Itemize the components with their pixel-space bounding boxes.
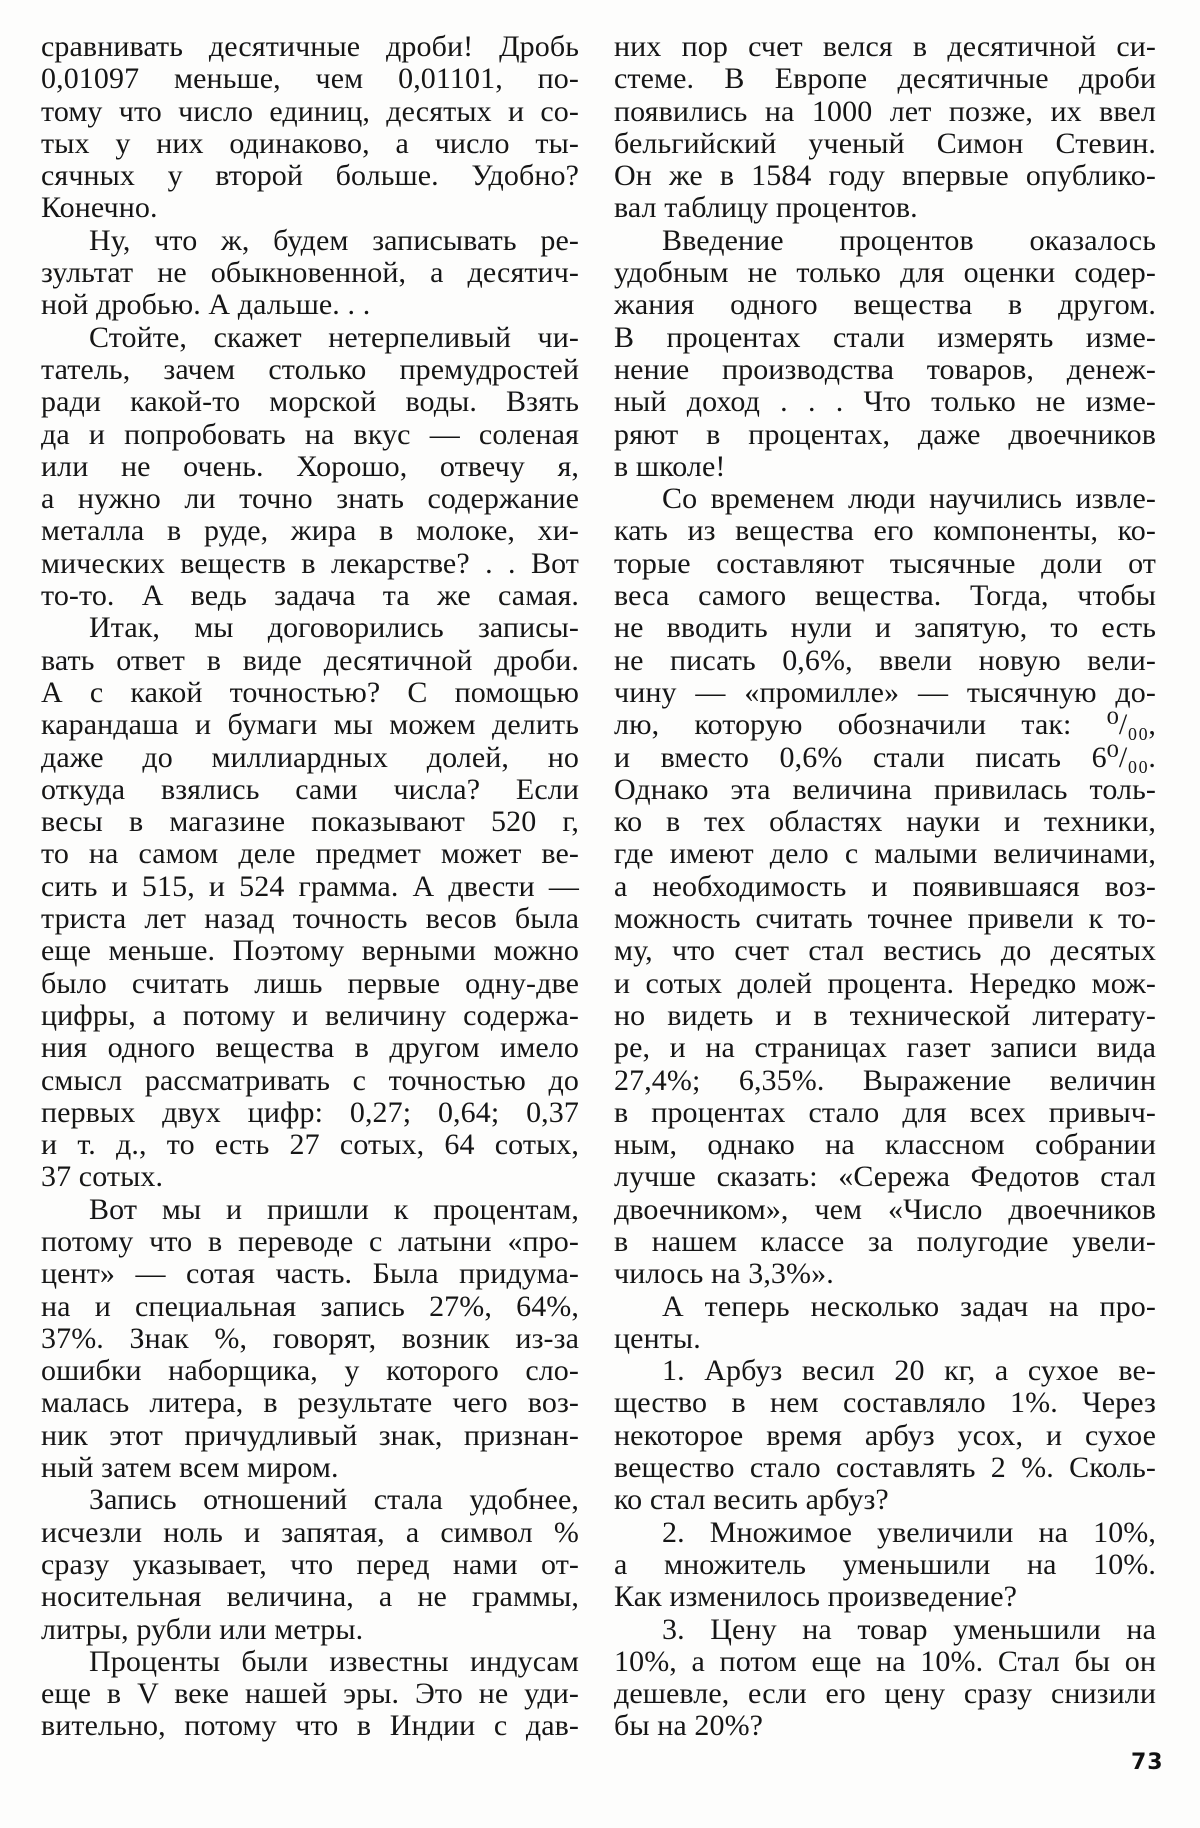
paragraph-first-line: Ну, что ж, будем записывать ре- — [41, 225, 579, 257]
text-line: сравнивать десятичные дроби! Дробь — [41, 31, 579, 63]
text-line: а множитель уменьшили на 10%. — [614, 1549, 1156, 1581]
text-line: Он же в 1584 году впервые опублико- — [614, 160, 1156, 192]
text-line: металла в руде, жира в молоке, хи- — [41, 515, 579, 547]
text-line: центы. — [614, 1323, 1156, 1355]
text-line: вещество стало составлять 2 %. Сколь- — [614, 1452, 1156, 1484]
text-line: вительно, потому что в Индии с дав- — [41, 1710, 579, 1742]
text-line: еще в V веке нашей эры. Это не уди- — [41, 1678, 579, 1710]
text-line: ко стал весить арбуз? — [614, 1484, 1156, 1516]
paragraph-first-line: Итак, мы договорились записы- — [41, 612, 579, 644]
text-line: тому что число единиц, десятых и со- — [41, 96, 579, 128]
paragraph-first-line: 2. Множимое увеличили на 10%, — [614, 1517, 1156, 1549]
text-line: ради какой-то морской воды. Взять — [41, 386, 579, 418]
text-line: а нужно ли точно знать содержание — [41, 483, 579, 515]
text-line: дешевле, если его цену сразу снизили — [614, 1678, 1156, 1710]
text-line: а необходимость и появившаяся воз- — [614, 871, 1156, 903]
text-line: малась литера, в результате чего воз- — [41, 1387, 579, 1419]
text-line: му, что счет стал вестись до десятых — [614, 935, 1156, 967]
text-line: ной дробью. А дальше. . . — [41, 289, 579, 321]
text-line: и сотых долей процента. Нередко мож- — [614, 968, 1156, 1000]
text-line: в нашем классе за полугодие увели- — [614, 1226, 1156, 1258]
text-line: карандаша и бумаги мы можем делить — [41, 709, 579, 741]
text-line: чину — «промилле» — тысячную до- — [614, 677, 1156, 709]
left-column: сравнивать десятичные дроби! Дробь0,0109… — [41, 31, 579, 1743]
paragraph-first-line: Введение процентов оказалось — [614, 225, 1156, 257]
text-line: бельгийский ученый Симон Стевин. — [614, 128, 1156, 160]
text-line: откуда взялись сами числа? Если — [41, 774, 579, 806]
text-line: 10%, а потом еще на 10%. Стал бы он — [614, 1646, 1156, 1678]
text-line: лучше сказать: «Сережа Федотов стал — [614, 1161, 1156, 1193]
text-line: стеме. В Европе десятичные дроби — [614, 63, 1156, 95]
text-line: мических веществ в лекарстве? . . Вот — [41, 548, 579, 580]
paragraph-first-line: Проценты были известны индусам — [41, 1646, 579, 1678]
text-line: смысл рассматривать с точностью до — [41, 1065, 579, 1097]
text-line: щество в нем составляло 1%. Через — [614, 1387, 1156, 1419]
text-line: можность считать точнее привели к то- — [614, 903, 1156, 935]
text-line: ряют в процентах, даже двоечников — [614, 419, 1156, 451]
text-line: литры, рубли или метры. — [41, 1614, 579, 1646]
text-line: В процентах стали измерять изме- — [614, 322, 1156, 354]
paragraph-first-line: А теперь несколько задач на про- — [614, 1291, 1156, 1323]
text-line: торые составляют тысячные доли от — [614, 548, 1156, 580]
page-number: 73 — [1131, 1750, 1164, 1775]
text-line: жания одного вещества в другом. — [614, 289, 1156, 321]
text-line: тых у них одинаково, а число ты- — [41, 128, 579, 160]
text-line: носительная величина, а не граммы, — [41, 1581, 579, 1613]
text-line: то-то. А ведь задача та же самая. — [41, 580, 579, 612]
text-line: в школе! — [614, 451, 1156, 483]
text-line: было считать лишь первые одну-две — [41, 968, 579, 1000]
text-line: Однако эта величина привилась толь- — [614, 774, 1156, 806]
text-line: цифры, а потому и величину содержа- — [41, 1000, 579, 1032]
text-line: или не очень. Хорошо, отвечу я, — [41, 451, 579, 483]
text-line: не вводить нули и запятую, то есть — [614, 612, 1156, 644]
paragraph-first-line: Со временем люди научились извле- — [614, 483, 1156, 515]
text-line: нение производства товаров, денеж- — [614, 354, 1156, 386]
text-line: ошибки наборщика, у которого сло- — [41, 1355, 579, 1387]
text-line: в процентах стало для всех привыч- — [614, 1097, 1156, 1129]
text-line: ко в тех областях науки и техники, — [614, 806, 1156, 838]
text-line: чилось на 3,3%». — [614, 1258, 1156, 1290]
text-line: некоторое время арбуз усох, и сухое — [614, 1420, 1156, 1452]
text-line: ник этот причудливый знак, признан- — [41, 1420, 579, 1452]
text-line: то на самом деле предмет может ве- — [41, 838, 579, 870]
text-line: двоечником», чем «Число двоечников — [614, 1194, 1156, 1226]
text-line: 37%. Знак %, говорят, возник из-за — [41, 1323, 579, 1355]
text-line: да и попробовать на вкус — соленая — [41, 419, 579, 451]
text-line: ный доход . . . Что только не изме- — [614, 386, 1156, 418]
paragraph-first-line: 1. Арбуз весил 20 кг, а сухое ве- — [614, 1355, 1156, 1387]
text-line: весы в магазине показывают 520 г, — [41, 806, 579, 838]
text-line: удобным не только для оценки содер- — [614, 257, 1156, 289]
book-page: сравнивать десятичные дроби! Дробь0,0109… — [0, 0, 1200, 1828]
text-line: бы на 20%? — [614, 1710, 1156, 1742]
text-line: 37 сотых. — [41, 1161, 579, 1193]
text-line: первых двух цифр: 0,27; 0,64; 0,37 — [41, 1097, 579, 1129]
text-line: 27,4%; 6,35%. Выражение величин — [614, 1065, 1156, 1097]
text-line: Как изменилось произведение? — [614, 1581, 1156, 1613]
right-column: них пор счет велся в десятичной си-стеме… — [614, 31, 1156, 1743]
text-line: кать из вещества его компоненты, ко- — [614, 515, 1156, 547]
text-line: лю, которую обозначили так: ⁰/₀₀, — [614, 709, 1156, 741]
text-line: цент» — сотая часть. Была придума- — [41, 1258, 579, 1290]
text-line: Конечно. — [41, 192, 579, 224]
text-line: и т. д., то есть 27 сотых, 64 сотых, — [41, 1129, 579, 1161]
paragraph-first-line: Стойте, скажет нетерпеливый чи- — [41, 322, 579, 354]
text-line: них пор счет велся в десятичной си- — [614, 31, 1156, 63]
text-line: и вместо 0,6% стали писать 6⁰/₀₀. — [614, 742, 1156, 774]
text-line: не писать 0,6%, ввели новую вели- — [614, 645, 1156, 677]
text-line: ре, и на страницах газет записи вида — [614, 1032, 1156, 1064]
text-line: ния одного вещества в другом имело — [41, 1032, 579, 1064]
text-line: ным, однако на классном собрании — [614, 1129, 1156, 1161]
text-line: ный затем всем миром. — [41, 1452, 579, 1484]
text-line: 0,01097 меньше, чем 0,01101, по- — [41, 63, 579, 95]
text-line: но видеть и в технической литерату- — [614, 1000, 1156, 1032]
text-line: на и специальная запись 27%, 64%, — [41, 1291, 579, 1323]
text-line: где имеют дело с малыми величинами, — [614, 838, 1156, 870]
text-line: сячных у второй больше. Удобно? — [41, 160, 579, 192]
text-line: исчезли ноль и запятая, а символ % — [41, 1517, 579, 1549]
text-line: появились на 1000 лет позже, их ввел — [614, 96, 1156, 128]
paragraph-first-line: Запись отношений стала удобнее, — [41, 1484, 579, 1516]
text-line: вать ответ в виде десятичной дроби. — [41, 645, 579, 677]
text-line: даже до миллиардных долей, но — [41, 742, 579, 774]
paragraph-first-line: Вот мы и пришли к процентам, — [41, 1194, 579, 1226]
text-line: сить и 515, и 524 грамма. А двести — — [41, 871, 579, 903]
text-line: вал таблицу процентов. — [614, 192, 1156, 224]
text-line: татель, зачем столько премудростей — [41, 354, 579, 386]
text-line: А с какой точностью? С помощью — [41, 677, 579, 709]
paragraph-first-line: 3. Цену на товар уменьшили на — [614, 1614, 1156, 1646]
text-line: зультат не обыкновенной, а десятич- — [41, 257, 579, 289]
text-line: триста лет назад точность весов была — [41, 903, 579, 935]
text-line: еще меньше. Поэтому верными можно — [41, 935, 579, 967]
text-line: веса самого вещества. Тогда, чтобы — [614, 580, 1156, 612]
text-line: потому что в переводе с латыни «про- — [41, 1226, 579, 1258]
text-line: сразу указывает, что перед нами от- — [41, 1549, 579, 1581]
